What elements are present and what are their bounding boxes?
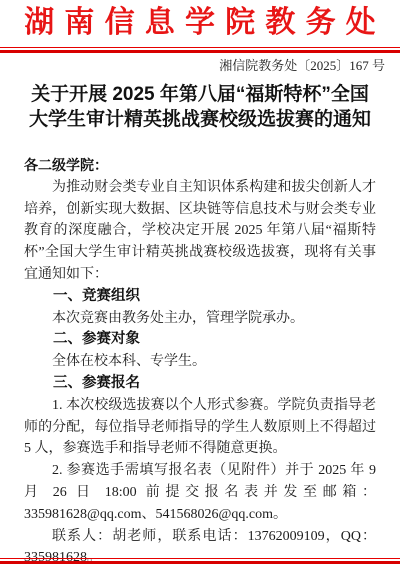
section-3-paragraph-2: 2. 参赛选手需填写报名表（见附件）并于 2025 年 9 月 26 日 18:… — [24, 460, 376, 525]
footer-divider — [0, 558, 400, 564]
document-title-line2: 大学生审计精英挑战赛校级选拔赛的通知 — [20, 107, 380, 132]
section-1-paragraph: 本次竞赛由教务处主办，管理学院承办。 — [24, 308, 376, 330]
salutation: 各二级学院： — [24, 155, 376, 177]
letterhead-title: 湖南信息学院教务处 — [0, 0, 400, 43]
document-number: 湘信院教务处〔2025〕167 号 — [0, 58, 385, 74]
intro-paragraph: 为推动财会类专业自主知识体系构建和拔尖创新人才培养，创新实现大数据、区块链等信息… — [24, 177, 376, 286]
section-heading-3: 三、参赛报名 — [24, 373, 376, 395]
section-heading-2: 二、参赛对象 — [24, 329, 376, 351]
header-divider — [0, 47, 400, 53]
document-title: 关于开展 2025 年第八届“福斯特杯”全国 大学生审计精英挑战赛校级选拔赛的通… — [20, 82, 380, 132]
section-3-paragraph-1: 1. 本次校级选拔赛以个人形式参赛。学院负责指导老师的分配，每位指导老师指导的学… — [24, 395, 376, 460]
notice-document-page: 湖南信息学院教务处 湘信院教务处〔2025〕167 号 关于开展 2025 年第… — [0, 0, 400, 568]
document-body: 各二级学院： 为推动财会类专业自主知识体系构建和拔尖创新人才培养，创新实现大数据… — [24, 155, 376, 568]
document-title-line1: 关于开展 2025 年第八届“福斯特杯”全国 — [20, 82, 380, 107]
section-2-paragraph: 全体在校本科、专学生。 — [24, 351, 376, 373]
section-heading-1: 一、竞赛组织 — [24, 286, 376, 308]
letterhead: 湖南信息学院教务处 湘信院教务处〔2025〕167 号 — [0, 0, 400, 74]
